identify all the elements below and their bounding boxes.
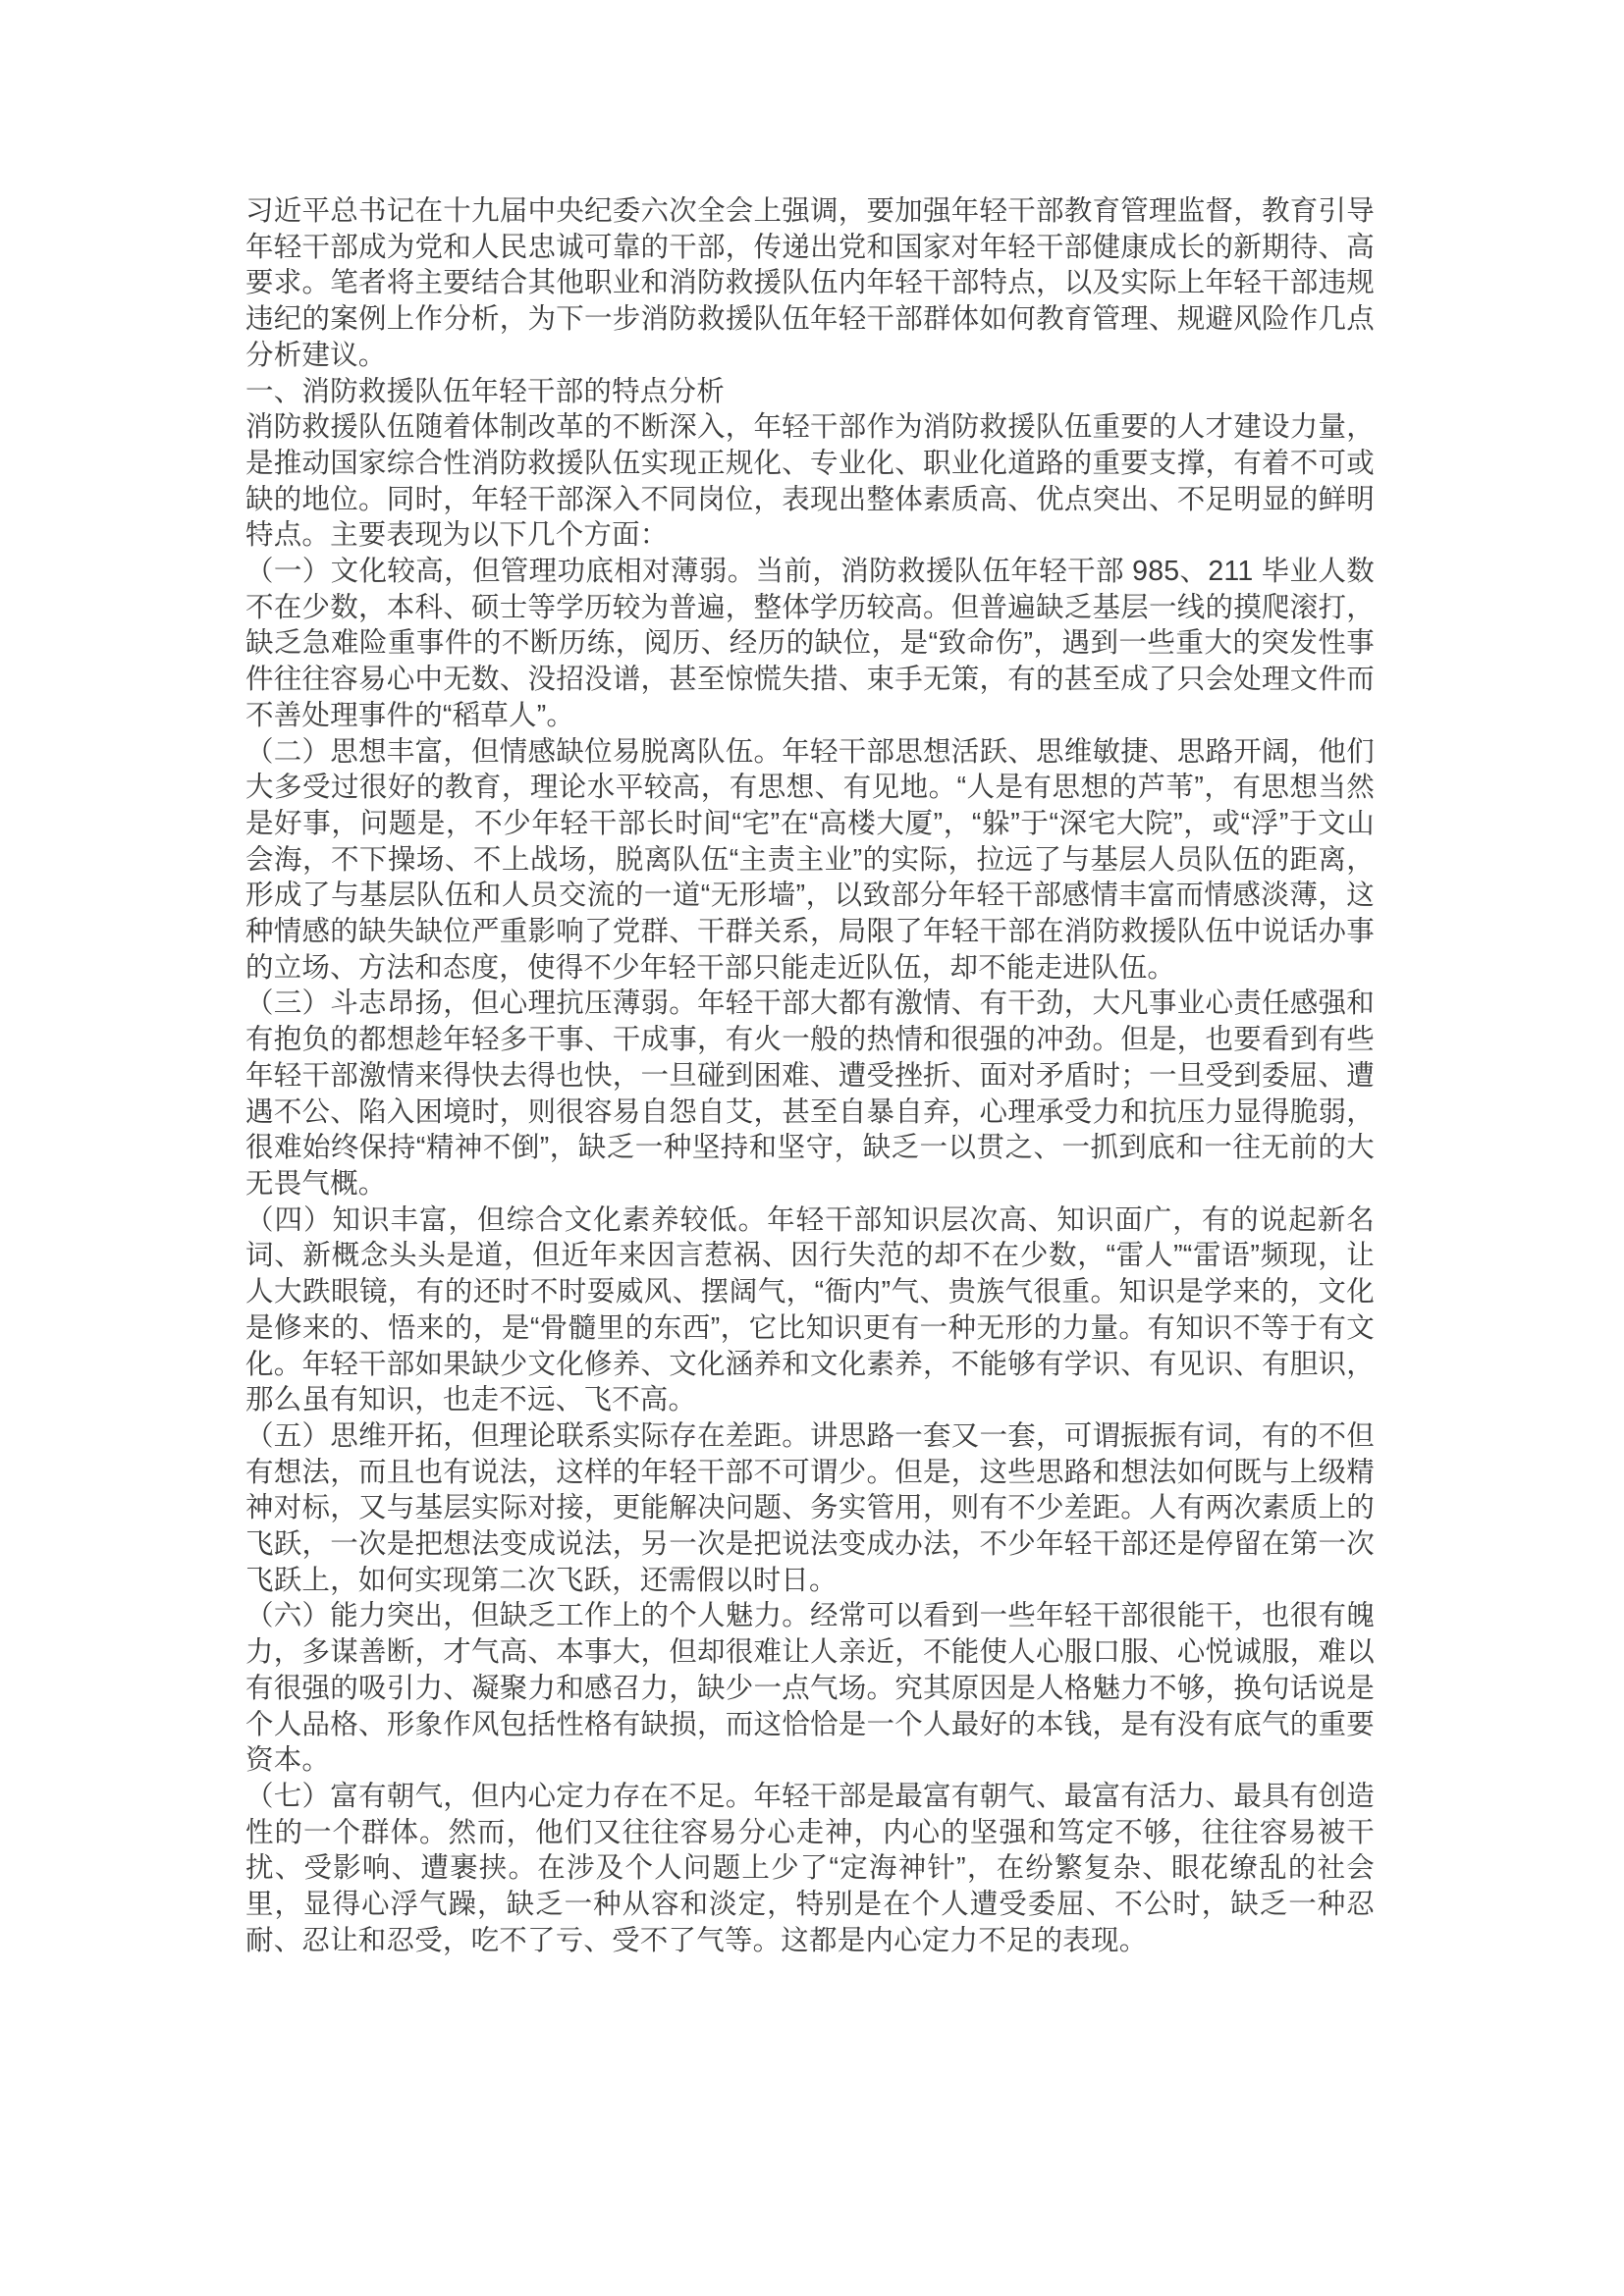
paragraph: 习近平总书记在十九届中央纪委六次全会上强调，要加强年轻干部教育管理监督，教育引导… [245,193,1375,374]
paragraph: （四）知识丰富，但综合文化素养较低。年轻干部知识层次高、知识面广，有的说起新名词… [245,1202,1375,1418]
paragraph: （二）思想丰富，但情感缺位易脱离队伍。年轻干部思想活跃、思维敏捷、思路开阔，他们… [245,734,1375,987]
section-heading: 一、消防救援队伍年轻干部的特点分析 [245,374,1375,410]
paragraph: （五）思维开拓，但理论联系实际存在差距。讲思路一套又一套，可谓振振有词，有的不但… [245,1418,1375,1599]
paragraph: （七）富有朝气，但内心定力存在不足。年轻干部是最富有朝气、最富有活力、最具有创造… [245,1779,1375,1959]
paragraph: （三）斗志昂扬，但心理抗压薄弱。年轻干部大都有激情、有干劲，大凡事业心责任感强和… [245,986,1375,1201]
paragraph: （六）能力突出，但缺乏工作上的个人魅力。经常可以看到一些年轻干部很能干，也很有魄… [245,1598,1375,1779]
paragraph: （一）文化较高，但管理功底相对薄弱。当前，消防救援队伍年轻干部 985、211 … [245,554,1375,734]
document-page: 习近平总书记在十九届中央纪委六次全会上强调，要加强年轻干部教育管理监督，教育引导… [0,0,1624,2296]
document-body-text: 习近平总书记在十九届中央纪委六次全会上强调，要加强年轻干部教育管理监督，教育引导… [245,193,1375,1958]
paragraph: 消防救援队伍随着体制改革的不断深入，年轻干部作为消防救援队伍重要的人才建设力量，… [245,409,1375,554]
